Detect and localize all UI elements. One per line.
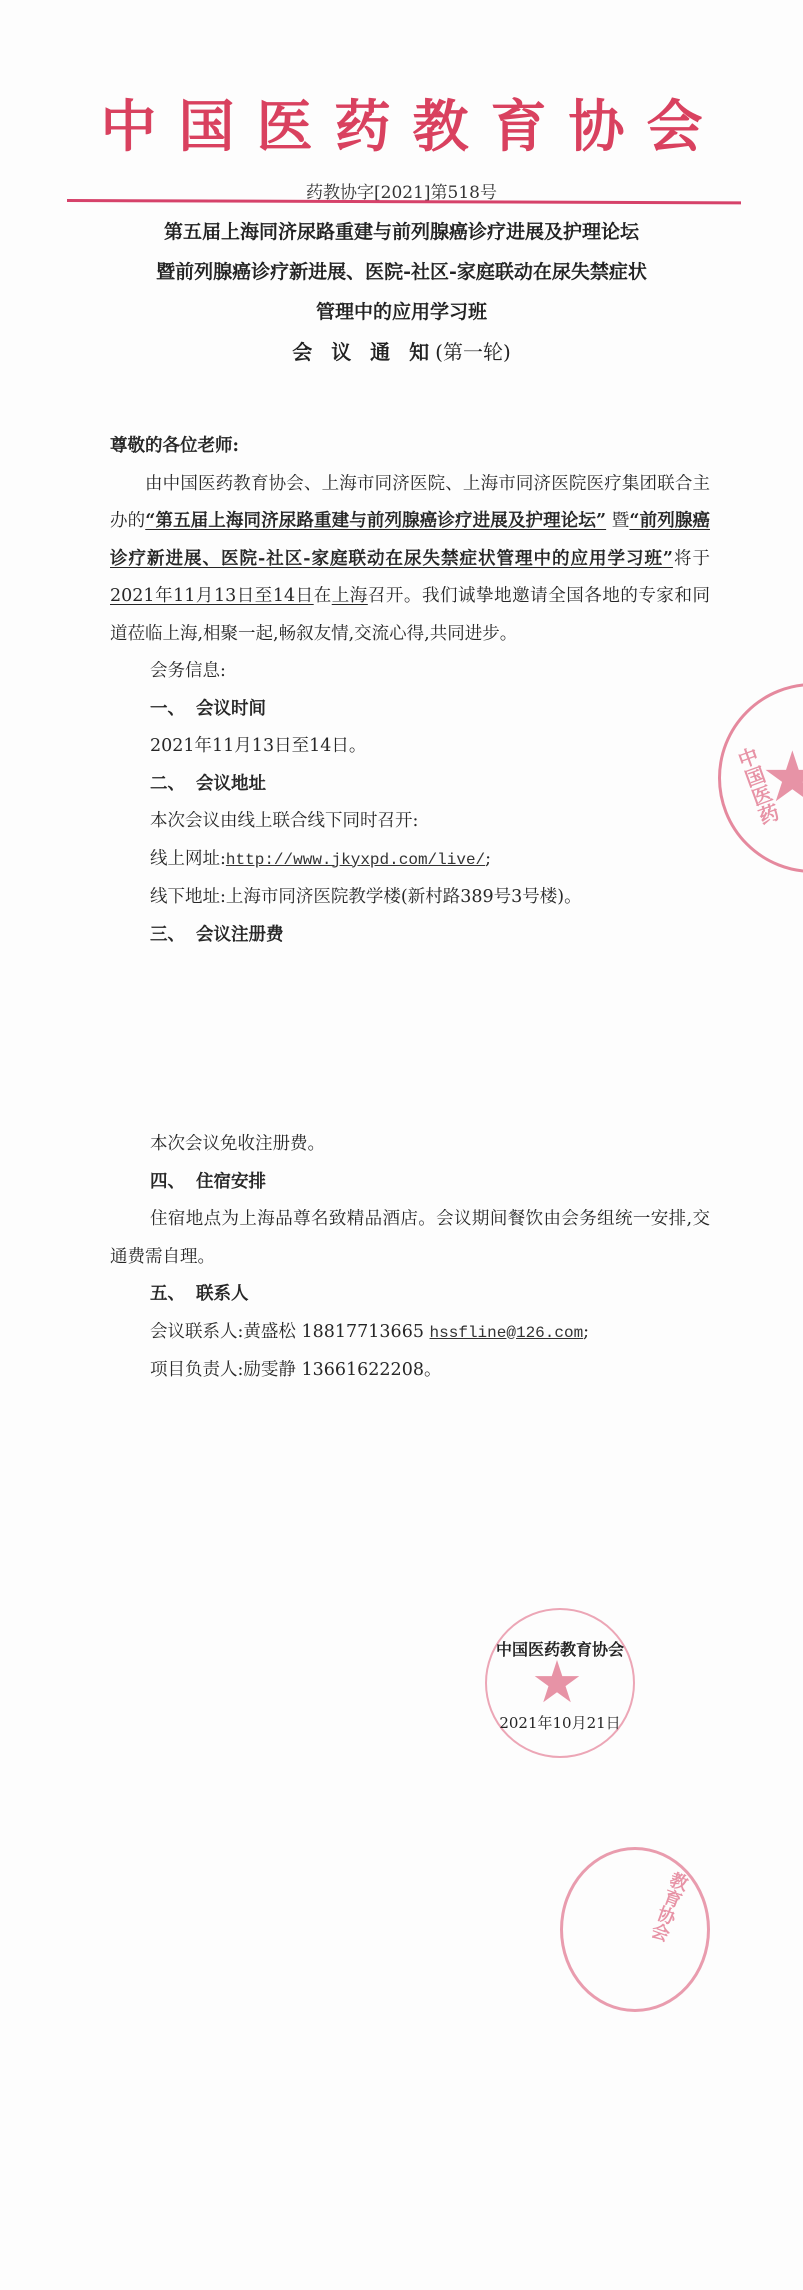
intro-paragraph: 由中国医药教育协会、上海市同济医院、上海市同济医院医疗集团联合主办的“第五届上海… [110, 466, 710, 654]
title-line-2: 暨前列腺癌诊疗新进展、医院-社区-家庭联动在尿失禁症状 [0, 252, 803, 292]
contact-line: 会议联系人:黄盛松 18817713665 hssfline@126.com; [110, 1314, 710, 1353]
lead-name: 励雯静 [243, 1360, 296, 1380]
contact-suffix: ; [583, 1322, 589, 1342]
fee-text: 本次会议免收注册费。 [110, 1126, 710, 1164]
seal-star-icon: ★ [761, 736, 803, 818]
section-heading-address: 二、会议地址 [110, 766, 710, 804]
signature-block: 中国医药教育协会 2021年10月21日 [470, 1638, 650, 1734]
contact-phone: 18817713665 [301, 1322, 423, 1342]
section-number: 五、 [150, 1276, 196, 1314]
online-address-line: 线上网址:http://www.jkyxpd.com/live/; [110, 841, 710, 880]
official-seal-edge-bottom: 教育协会 [560, 1847, 710, 2012]
section-number: 三、 [150, 917, 196, 955]
contact-email-link[interactable]: hssfline@126.com [430, 1324, 584, 1342]
online-address-label: 线上网址: [150, 849, 226, 869]
document-page: 中国医药教育协会 药教协字[2021]第518号 第五届上海同济尿路重建与前列腺… [0, 0, 803, 2290]
salutation: 尊敬的各位老师: [110, 428, 710, 466]
event-city: 上海 [332, 586, 368, 606]
notice-heading: 会 议 通 知(第一轮) [0, 332, 803, 372]
section-number: 二、 [150, 766, 196, 804]
contact-name: 黄盛松 [243, 1322, 296, 1342]
offline-address-label: 线下地址: [150, 887, 226, 907]
offline-address-value: 上海市同济医院教学楼(新村路389号3号楼)。 [226, 887, 582, 907]
meeting-format-text: 本次会议由线上联合线下同时召开: [110, 803, 710, 841]
meeting-time-text: 2021年11月13日至14日。 [110, 728, 710, 766]
online-url-link[interactable]: http://www.jkyxpd.com/live/ [226, 851, 485, 869]
seal-text: 教育协会 [643, 1868, 692, 1945]
section-heading-contacts: 五、联系人 [110, 1276, 710, 1314]
signature-organization: 中国医药教育协会 [470, 1638, 650, 1662]
title-line-3: 管理中的应用学习班 [0, 292, 803, 332]
intro-at: 在 [314, 586, 332, 606]
intro-joiner: 暨 [606, 511, 629, 531]
intro-will-be: 将于 [673, 549, 710, 569]
lead-phone: 13661622208。 [301, 1360, 441, 1380]
notice-label: 会 议 通 知 [292, 340, 435, 364]
online-url-suffix: ; [485, 849, 491, 869]
section-number: 四、 [150, 1164, 196, 1202]
signature-date: 2021年10月21日 [470, 1712, 650, 1734]
section-heading-time: 一、会议时间 [110, 691, 710, 729]
section-heading-accommodation: 四、住宿安排 [110, 1164, 710, 1202]
title-line-1: 第五届上海同济尿路重建与前列腺癌诊疗进展及护理论坛 [0, 212, 803, 252]
notice-round: (第一轮) [435, 340, 511, 364]
contact-label: 会议联系人: [150, 1322, 243, 1342]
official-seal-edge-right: 中国医药 ★ [718, 683, 803, 873]
document-title: 第五届上海同济尿路重建与前列腺癌诊疗进展及护理论坛 暨前列腺癌诊疗新进展、医院-… [0, 212, 803, 372]
project-lead-line: 项目负责人:励雯静 13661622208。 [110, 1352, 710, 1390]
section-title: 会议地址 [196, 774, 266, 794]
section-title: 联系人 [196, 1284, 249, 1304]
section-title: 住宿安排 [196, 1172, 266, 1192]
lead-label: 项目负责人: [150, 1360, 243, 1380]
letter-body: 尊敬的各位老师: 由中国医药教育协会、上海市同济医院、上海市同济医院医疗集团联合… [110, 428, 710, 1390]
meeting-info-label: 会务信息: [110, 653, 710, 691]
event-date: 2021年11月13日至14日 [110, 586, 314, 606]
accommodation-text: 住宿地点为上海品尊名致精品酒店。会议期间餐饮由会务组统一安排,交通费需自理。 [110, 1201, 710, 1276]
letterhead-organization: 中国医药教育协会 [0, 96, 803, 160]
event-name-forum: “第五届上海同济尿路重建与前列腺癌诊疗进展及护理论坛” [145, 511, 606, 531]
section-number: 一、 [150, 691, 196, 729]
offline-address-line: 线下地址:上海市同济医院教学楼(新村路389号3号楼)。 [110, 879, 710, 917]
intro-held: 召开。 [368, 586, 422, 606]
section-heading-fee: 三、会议注册费 [110, 917, 710, 955]
section-title: 会议注册费 [196, 925, 284, 945]
section-title: 会议时间 [196, 699, 266, 719]
blank-space [110, 954, 710, 1126]
